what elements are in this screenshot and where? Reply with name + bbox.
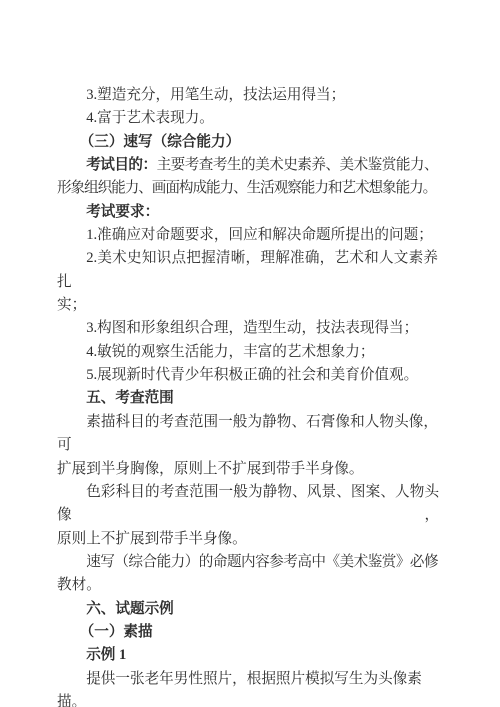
exam-purpose-continuation: 形象组织能力、画面构成能力、生活观察能力和艺术想象能力。 [57, 177, 438, 200]
requirement-4: 4.敏锐的观察生活能力，丰富的艺术想象力； [57, 341, 438, 364]
label-example-1: 示例 1 [57, 644, 438, 667]
exam-purpose-label: 考试目的： [86, 157, 156, 173]
example-1-description: 提供一张老年男性照片，根据照片模拟写生为头像素描。 [57, 668, 438, 707]
requirement-1: 1.准确应对命题要求，回应和解决命题所提出的问题； [57, 224, 438, 247]
document-body: 3.塑造充分，用笔生动，技法运用得当； 4.富于艺术表现力。 （三）速写（综合能… [57, 84, 438, 707]
exam-purpose-line: 考试目的：主要考查考生的美术史素养、美术鉴赏能力、 [57, 154, 438, 177]
doc-line-criterion-3: 3.塑造充分，用笔生动，技法运用得当； [57, 84, 438, 107]
scope-color-line: 色彩科目的考查范围一般为静物、风景、图案、人物头像， [57, 481, 438, 528]
requirement-2: 2.美术史知识点把握清晰，理解准确，艺术和人文素养扎 [57, 247, 438, 294]
scope-color-continuation: 原则上不扩展到带手半身像。 [57, 528, 438, 551]
document-page: 3.塑造充分，用笔生动，技法运用得当； 4.富于艺术表现力。 （三）速写（综合能… [0, 0, 500, 707]
scope-quicksketch-continuation: 教材。 [57, 574, 438, 597]
scope-quicksketch-line: 速写（综合能力）的命题内容参考高中《美术鉴赏》必修 [57, 551, 438, 574]
heading-exam-scope: 五、考查范围 [57, 387, 438, 410]
label-exam-requirements: 考试要求： [57, 201, 438, 224]
requirement-2-continuation: 实； [57, 294, 438, 317]
scope-sketch-continuation: 扩展到半身胸像，原则上不扩展到带手半身像。 [57, 458, 438, 481]
heading-sketch-comprehensive: （三）速写（综合能力） [57, 131, 438, 154]
heading-sketch-section: （一）素描 [57, 621, 438, 644]
requirement-3: 3.构图和形象组织合理，造型生动，技法表现得当； [57, 317, 438, 340]
scope-sketch-line: 素描科目的考查范围一般为静物、石膏像和人物头像，可 [57, 411, 438, 458]
exam-purpose-text: 主要考查考生的美术史素养、美术鉴赏能力、 [157, 157, 438, 173]
doc-line-criterion-4: 4.富于艺术表现力。 [57, 107, 438, 130]
heading-question-examples: 六、试题示例 [57, 598, 438, 621]
requirement-5: 5.展现新时代青少年积极正确的社会和美育价值观。 [57, 364, 438, 387]
